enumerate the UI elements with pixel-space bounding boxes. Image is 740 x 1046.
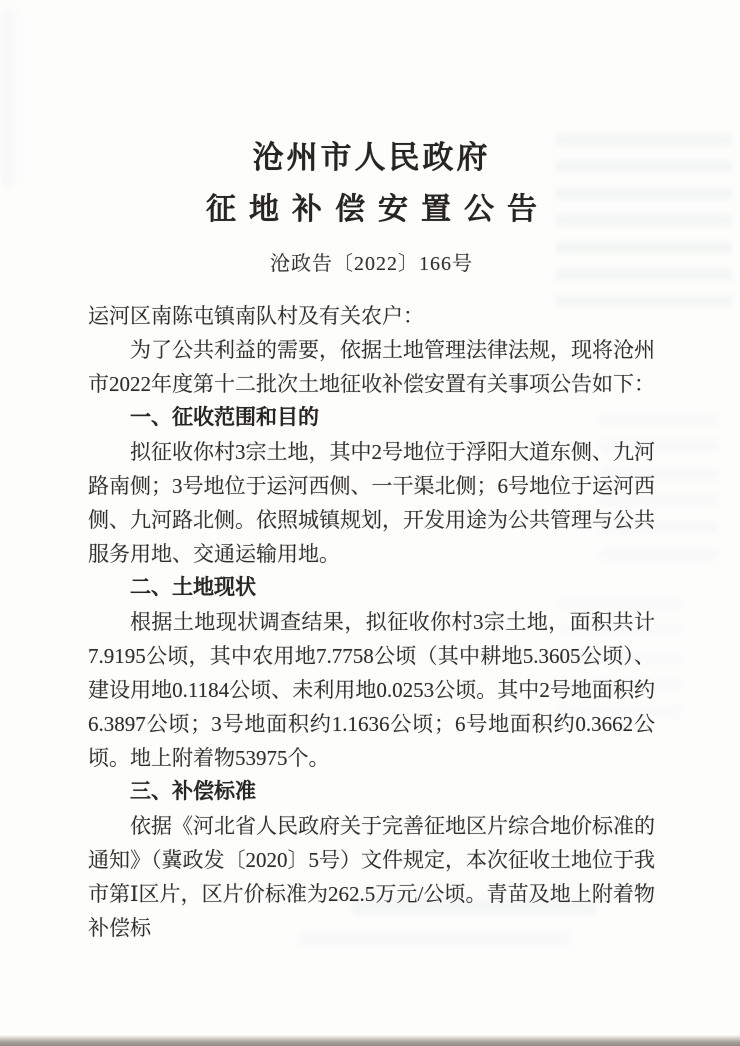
section-3-heading: 三、补偿标准: [88, 775, 655, 809]
salutation-line: 运河区南陈屯镇南队村及有关农户：: [88, 299, 655, 333]
section-2-heading: 二、土地现状: [88, 571, 655, 605]
document-number: 沧政告〔2022〕166号: [88, 247, 655, 276]
section-1-heading: 一、征收范围和目的: [88, 401, 655, 435]
intro-paragraph: 为了公共利益的需要，依据土地管理法律法规，现将沧州市2022年度第十二批次土地征…: [88, 333, 655, 401]
section-3-paragraph: 依据《河北省人民政府关于完善征地区片综合地价标准的通知》（冀政发〔2020〕5号…: [88, 809, 655, 945]
scan-bottom-edge: [0, 1035, 740, 1046]
document-title: 沧州市人民政府: [88, 140, 655, 176]
document-body: 运河区南陈屯镇南队村及有关农户： 为了公共利益的需要，依据土地管理法律法规，现将…: [88, 299, 655, 945]
section-1-paragraph: 拟征收你村3宗土地，其中2号地位于浮阳大道东侧、九河路南侧；3号地位于运河西侧、…: [88, 435, 655, 571]
bleed-through-ghost: [0, 8, 16, 188]
document-subtitle: 征地补偿安置公告: [88, 192, 655, 227]
scanned-document-page: 沧州市人民政府 征地补偿安置公告 沧政告〔2022〕166号 运河区南陈屯镇南队…: [0, 0, 740, 1046]
section-2-paragraph: 根据土地现状调查结果，拟征收你村3宗土地，面积共计7.9195公顷，其中农用地7…: [88, 605, 655, 775]
announcement-document: 沧州市人民政府 征地补偿安置公告 沧政告〔2022〕166号 运河区南陈屯镇南队…: [88, 140, 655, 945]
